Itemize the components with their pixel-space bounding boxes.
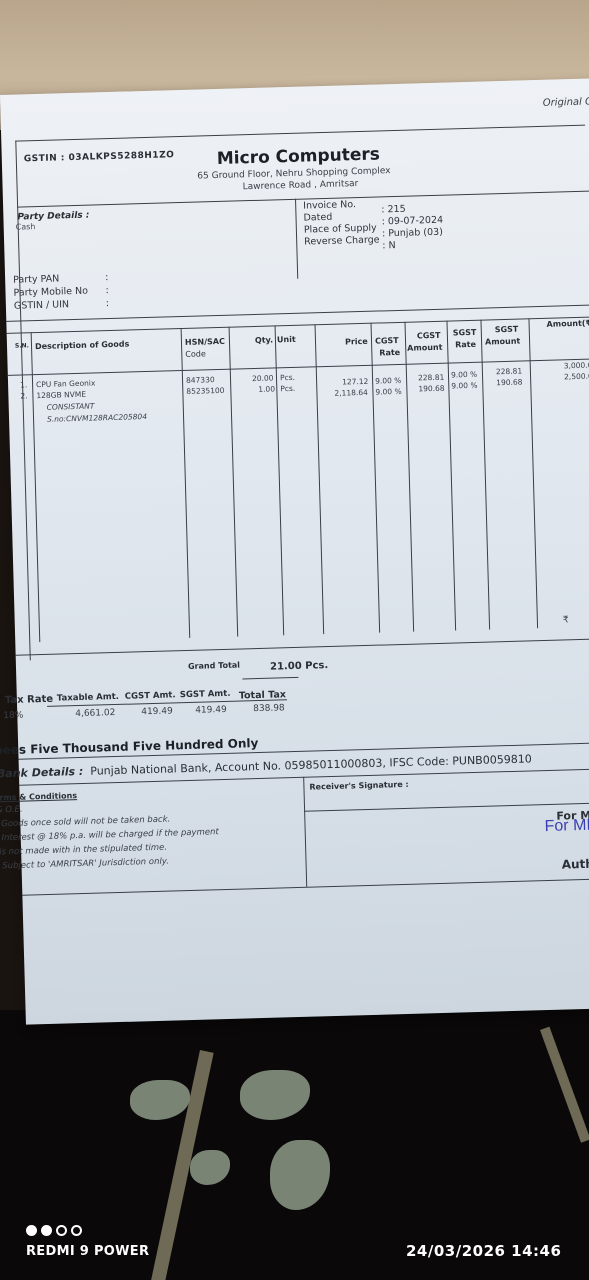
col-divider [480,320,490,630]
row-sgst-rate: 9.00 % [451,370,477,380]
cgst-amount-value: 419.49 [141,706,173,717]
row-hsn: 85235100 [186,386,224,396]
seller-gstin: GSTIN : 03ALKPS5288H1ZO [24,150,175,164]
dot-empty-icon [56,1225,67,1236]
party-pan-label: Party PAN [13,273,59,285]
invoice-no-label: Invoice No. [303,199,356,211]
party-pan-value: : [105,272,109,283]
gstin-uin-label: GSTIN / UIN [14,299,70,312]
col-divider [229,327,239,637]
tax-rate-header: Tax Rate [5,694,54,706]
gstin-uin-value: : [106,298,110,309]
row-hsn: 847330 [186,375,215,385]
row-sgst-rate: 9.00 % [451,381,477,391]
row-amount: 2,500.00 [564,371,589,381]
row-unit: Pcs. [280,373,295,382]
taxable-amount-header: Taxable Amt. [57,692,119,704]
col-sn: S.N. [15,342,29,349]
invoice-paper: Original Copy GSTIN : 03ALKPS5288H1ZO Mi… [0,77,589,1025]
cgst-amount-header: CGST Amt. [125,690,176,701]
authorised-signatory: Authorised Signatory [562,854,589,872]
decorative-leaf [240,1070,310,1120]
grand-total-label: Grand Total [188,661,240,671]
party-details-value: Cash [16,222,36,232]
party-mobile-label: Party Mobile No [13,286,88,299]
dot-empty-icon [71,1225,82,1236]
row-sgst-amount: 190.68 [496,378,522,388]
row-cgst-rate: 9.00 % [375,387,401,397]
col-description: Description of Goods [35,339,130,351]
row-sn: 1. [20,380,27,389]
col-sgst-rate-2: Rate [455,340,476,350]
tax-rate-value: 18% [3,711,23,722]
col-qty: Qty. [255,335,273,345]
total-underline [242,677,298,680]
col-divider [528,318,538,628]
terms-heading: Terms & Conditions [0,791,77,802]
dated-value: : 09-07-2024 [382,215,444,228]
dark-cloth-background [0,1010,589,1280]
row-description-serial: S.no:CNVM128RAC205804 [47,412,147,424]
col-divider [446,321,456,631]
row-qty: 1.00 [258,384,275,393]
col-sgst-rate: SGST [453,328,477,338]
row-description: CPU Fan Geonix [36,378,96,389]
place-of-supply-value: : Punjab (03) [382,227,443,240]
row-cgst-amount: 228.81 [418,373,444,383]
table-bottom-line [16,638,589,656]
decorative-leaf [270,1140,330,1210]
col-hsn-code: Code [185,349,206,359]
col-cgst-amount: CGST [417,331,441,341]
col-hsn: HSN/SAC [185,337,225,347]
col-divider [275,325,285,635]
taxable-amount-value: 4,661.02 [75,708,115,719]
sgst-amount-header: SGST Amt. [180,689,231,700]
decorative-leaf [190,1150,230,1185]
col-cgst-rate-2: Rate [379,348,400,358]
col-divider [371,323,381,633]
total-tax-value: 838.98 [253,703,285,714]
party-details-label: Party Details : [17,211,89,223]
border-line [15,125,585,142]
border-line [295,199,298,279]
col-sgst-amount: SGST [495,325,519,335]
col-cgst-rate: CGST [375,336,399,346]
terms-line: 2. Interest @ 18% p.a. will be charged i… [0,827,219,843]
device-model-watermark: REDMI 9 POWER [26,1244,149,1259]
terms-line: 3. Subject to 'AMRITSAR' Jurisdiction on… [0,857,169,872]
col-amount: Amount(₹ ) [546,318,589,328]
row-price: 127.12 [342,377,368,387]
col-sgst-amount-2: Amount [485,337,520,347]
row-sgst-amount: 228.81 [496,367,522,377]
sgst-amount-value: 419.49 [195,705,227,716]
col-divider [181,328,191,638]
company-address-line2: Lawrence Road , Amritsar [243,179,359,192]
reverse-charge-label: Reverse Charge [304,234,380,247]
col-divider [315,324,325,634]
col-unit: Unit [277,335,296,345]
terms-line: E.& O.E. [0,805,23,816]
dated-label: Dated [303,212,332,224]
dot-filled-icon [41,1225,52,1236]
grand-total-qty: 21.00 Pcs. [270,660,328,673]
row-amount: 3,000.00 [564,360,589,370]
camera-dots-indicator [26,1225,82,1236]
decorative-stem [540,1027,589,1143]
company-name: Micro Computers [217,144,381,169]
row-description-brand: CONSISTANT [47,401,95,411]
row-cgst-rate: 9.00 % [375,376,401,386]
rupee-symbol: ₹ [563,615,569,625]
col-divider [31,332,41,642]
place-of-supply-label: Place of Supply [304,223,377,236]
row-price: 2,118.64 [334,388,368,398]
border-line [304,802,589,812]
copy-label: Original Copy [543,96,589,109]
row-qty: 20.00 [252,373,274,383]
row-cgst-amount: 190.68 [418,384,444,394]
reverse-charge-value: : N [382,240,396,251]
dot-filled-icon [26,1225,37,1236]
terms-line: 1. Goods once sold will not be taken bac… [0,815,170,830]
col-divider [404,322,414,632]
receiver-signature-label: Receiver's Signature : [309,780,408,792]
party-mobile-value: : [105,285,109,296]
timestamp-watermark: 24/03/2026 14:46 [406,1242,561,1260]
row-description: 128GB NVME [36,390,86,400]
row-unit: Pcs. [280,384,295,393]
border-line [303,777,307,887]
invoice-no-value: : 215 [381,204,406,216]
row-sn: 2. [20,391,27,400]
company-stamp: For MICRO [544,816,589,836]
decorative-leaf [130,1080,190,1120]
terms-line: is not made with in the stipulated time. [0,843,167,858]
col-price: Price [345,337,368,347]
col-cgst-amount-2: Amount [407,343,442,353]
